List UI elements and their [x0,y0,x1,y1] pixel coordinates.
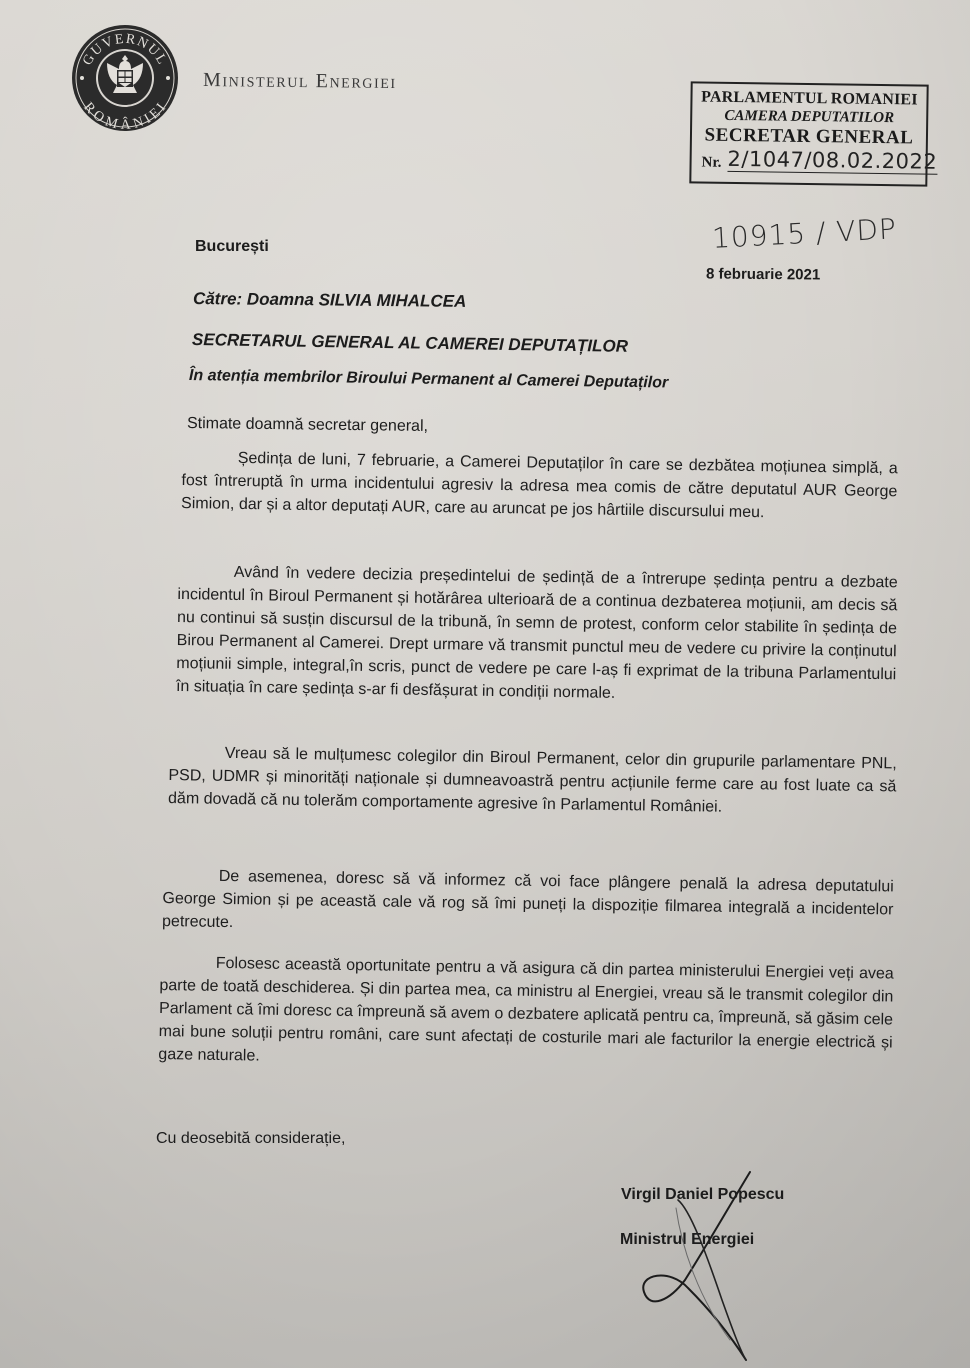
body-paragraph: Având în vedere decizia președintelui de… [176,560,898,709]
recipient-title: SECRETARUL GENERAL AL CAMEREI DEPUTAȚILO… [192,330,628,357]
body-paragraph: De asemenea, doresc să vă informez că vo… [162,864,894,944]
registration-stamp: PARLAMENTUL ROMANIEI CAMERA DEPUTATILOR … [689,81,928,186]
recipient: Către: Doamna SILVIA MIHALCEA [193,289,466,312]
stamp-number-row: Nr. 2/1047/08.02.2022 [701,147,925,175]
letter-date: 8 februarie 2021 [706,266,820,284]
letter-city: București [195,238,269,256]
body-paragraph: Folosesc această oportunitate pentru a v… [158,951,894,1078]
handwritten-signature-icon [630,1160,790,1365]
body-paragraph: Vreau să le mulțumesc colegilor din Biro… [168,741,897,821]
stamp-line-secretary: SECRETAR GENERAL [692,124,926,149]
romanian-coat-of-arms-icon: GUVERNUL ROMÂNIEI [70,23,180,133]
handwritten-reference: 10915 / VDP [711,212,897,255]
body-paragraph: Ședința de luni, 7 februarie, a Camerei … [181,446,898,526]
stamp-line-parliament: PARLAMENTUL ROMANIEI [692,88,926,109]
stamp-number-value: 2/1047/08.02.2022 [727,147,937,175]
stamp-number-label: Nr. [701,155,721,172]
salutation: Stimate doamnă secretar general, [187,415,428,436]
closing-formula: Cu deosebită considerație, [156,1130,345,1148]
attention-line: În atenția membrilor Biroului Permanent … [189,367,668,393]
ministry-name: Ministerul Energiei [203,69,397,94]
